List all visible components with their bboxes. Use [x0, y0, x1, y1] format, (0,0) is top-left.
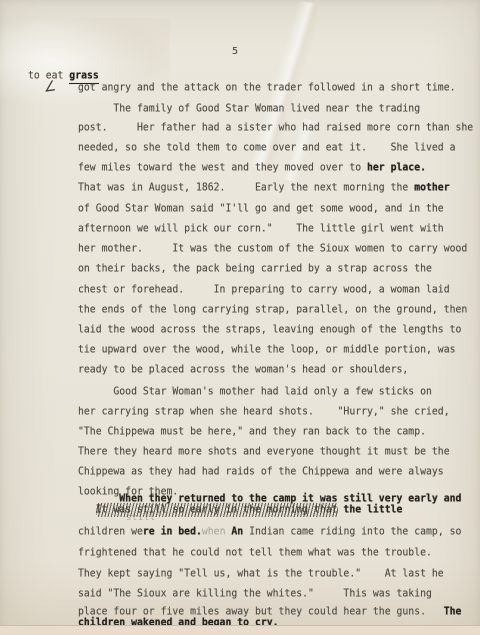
- inserted-bold-text: the little: [338, 504, 403, 516]
- typewritten-line: the ends of the long carrying strap, par…: [78, 304, 467, 317]
- insertion-caret-mark: ∠: [44, 78, 56, 96]
- typewritten-text: Indian came riding into the camp, so: [243, 526, 461, 538]
- typewritten-line: Chippewa as they had had raids of the Ch…: [78, 466, 444, 479]
- page-bottom-edge: [0, 625, 480, 635]
- typewritten-line: her carrying strap when she heard shots.…: [78, 406, 450, 419]
- typewritten-line: "The Chippewa must be here," and they ra…: [78, 426, 426, 439]
- typewritten-text: Chippewa as they had had raids of the Ch…: [78, 466, 444, 478]
- typewritten-line: afternoon we will pick our corn." The li…: [78, 223, 444, 236]
- typewritten-text: when: [202, 526, 226, 538]
- inserted-bold-text: mother: [414, 182, 449, 194]
- inserted-bold-text: her place.: [367, 162, 426, 174]
- typewritten-text: chest or forehead. In preparing to carry…: [78, 284, 450, 296]
- typewritten-line: frightened that he could not tell them w…: [78, 547, 432, 560]
- typewritten-line: There they heard more shots and everyone…: [78, 446, 450, 459]
- typewritten-text: children we: [78, 526, 143, 538]
- inserted-bold-text: The: [444, 606, 462, 618]
- typewritten-line: They kept saying "Tell us, what is the t…: [78, 568, 444, 581]
- typewritten-text: They kept saying "Tell us, what is the t…: [78, 568, 444, 580]
- typewritten-line: Good Star Woman's mother had laid only a…: [78, 386, 432, 399]
- typewritten-line: ready to be placed across the woman's he…: [78, 364, 408, 377]
- typewritten-line: It was still so early in the morning tha…: [78, 504, 402, 517]
- typewritten-text: needed, so she told them to come over an…: [78, 142, 456, 154]
- typewritten-line: said "The Sioux are killing the whites."…: [78, 588, 432, 601]
- typewritten-text: frightened that he could not tell them w…: [78, 547, 432, 559]
- typewritten-text: The family of Good Star Woman lived near…: [78, 103, 420, 115]
- typewritten-line: got angry and the attack on the trader f…: [78, 82, 456, 95]
- typewritten-text: There they heard more shots and everyone…: [78, 446, 450, 458]
- typewritten-text: tie upward over the wood, while the loop…: [78, 344, 456, 356]
- margin-annotation: to eat grass: [28, 70, 99, 82]
- typewritten-text: post. Her father had a sister who had ra…: [78, 122, 473, 134]
- typewritten-text: Good Star Woman's mother had laid only a…: [78, 386, 432, 398]
- typewritten-line: That was in August, 1862. Early the next…: [78, 182, 450, 195]
- typewritten-text: of Good Star Woman said "I'll go and get…: [78, 203, 444, 215]
- typewritten-text: ready to be placed across the woman's he…: [78, 364, 408, 376]
- typewritten-line: her mother. It was the custom of the Sio…: [78, 243, 467, 256]
- typewritten-text: said "The Sioux are killing the whites."…: [78, 588, 432, 600]
- typewritten-text: laid the wood across the straps, leaving…: [78, 324, 461, 336]
- typewritten-line: few miles toward the west and they moved…: [78, 162, 426, 175]
- typewritten-line: needed, so she told them to come over an…: [78, 142, 456, 155]
- struck-out-text: It was still so early in the morning tha…: [96, 504, 338, 516]
- inserted-bold-text: re in bed.: [143, 526, 202, 538]
- typewritten-text: That was in August, 1862. Early the next…: [78, 182, 414, 194]
- typewritten-text: the ends of the long carrying strap, par…: [78, 304, 467, 316]
- typewritten-line: tie upward over the wood, while the loop…: [78, 344, 456, 357]
- typewritten-line: The family of Good Star Woman lived near…: [78, 103, 420, 116]
- typewritten-text: afternoon we will pick our corn." The li…: [78, 223, 444, 235]
- typewritten-line: of Good Star Woman said "I'll go and get…: [78, 203, 444, 216]
- typewritten-line: laid the wood across the straps, leaving…: [78, 324, 461, 337]
- typewritten-line: post. Her father had a sister who had ra…: [78, 122, 473, 135]
- typewritten-text: got angry and the attack on the trader f…: [78, 82, 456, 94]
- typewritten-text: her mother. It was the custom of the Sio…: [78, 243, 467, 255]
- typewritten-line: children were in bed.when An Indian came…: [78, 526, 461, 539]
- typewritten-text: her carrying strap when she heard shots.…: [78, 406, 450, 418]
- typewritten-line: on their backs, the pack being carried b…: [78, 263, 432, 276]
- typewritten-text: on their backs, the pack being carried b…: [78, 263, 432, 275]
- typewritten-text: [78, 504, 96, 516]
- typewritten-text: few miles toward the west and they moved…: [78, 162, 367, 174]
- page-number: 5: [225, 46, 245, 57]
- manuscript-page: 5 to eat grass ∠ still got angry and the…: [0, 0, 480, 635]
- inserted-bold-text: An: [225, 526, 243, 538]
- typewritten-text: "The Chippewa must be here," and they ra…: [78, 426, 426, 438]
- typewritten-line: chest or forehead. In preparing to carry…: [78, 284, 450, 297]
- paper-crease: [0, 18, 170, 113]
